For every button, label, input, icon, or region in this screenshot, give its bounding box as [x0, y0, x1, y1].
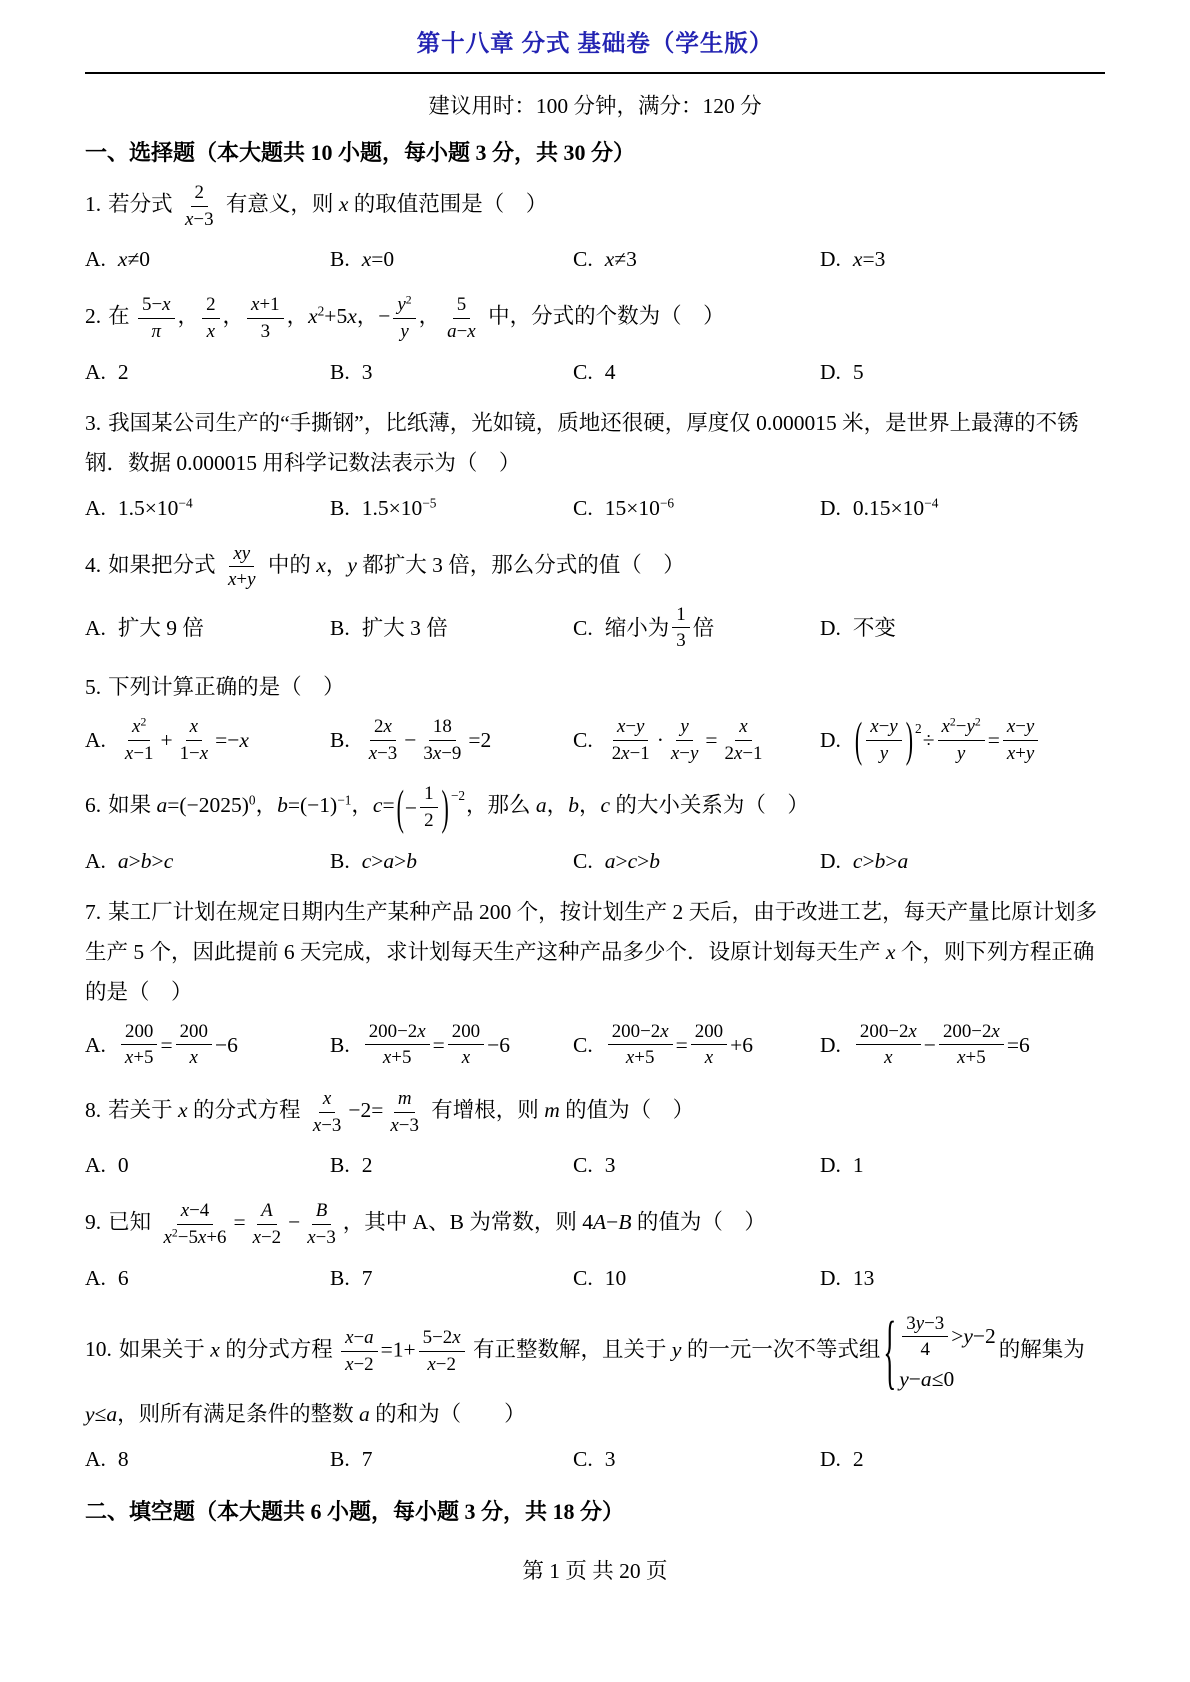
option-label: B.	[330, 1025, 350, 1065]
option-b: B.c>a>b	[330, 841, 573, 881]
question-4: 4.如果把分式 xyx+y 中的 x，y 都扩大 3 倍，那么分式的值（ ）A.…	[85, 539, 1105, 657]
text-run: ，	[326, 553, 348, 577]
question-9: 9.已知 x−4x2−5x+6=Ax−2−Bx−3，其中 A、B 为常数，则 4…	[85, 1196, 1105, 1297]
question-stem: 7.某工厂计划在规定日期内生产某种产品 200 个，按计划生产 2 天后，由于改…	[85, 892, 1105, 1012]
superscript: −4	[178, 495, 192, 510]
fraction-numerator: 1	[672, 603, 689, 629]
option-label: A.	[85, 1025, 106, 1065]
fraction: mx−3	[386, 1087, 423, 1137]
text-run: 的大小关系为（ ）	[610, 793, 809, 817]
text-run: 的分式方程	[220, 1337, 338, 1361]
math-run: 13	[853, 1258, 875, 1298]
math-run: 2	[853, 1439, 864, 1479]
math-run: ÷	[923, 720, 935, 760]
math-run: −	[405, 788, 417, 828]
option-label: D.	[820, 352, 841, 392]
text-run: ，	[178, 304, 200, 328]
fraction-numerator: 200	[691, 1020, 727, 1046]
fraction-denominator: x+5	[379, 1045, 416, 1070]
question-number: 10.	[85, 1337, 112, 1361]
fraction: y2y	[393, 293, 415, 343]
option-b: B.扩大 3 倍	[330, 608, 573, 648]
fraction-denominator: x+y	[224, 567, 259, 592]
question-number: 5.	[85, 675, 101, 699]
question-5: 5.下列计算正确的是（ ）A.x2x−1+x1−x=−xB.2xx−3−183x…	[85, 667, 1105, 768]
option-c: C.a>c>b	[573, 841, 820, 881]
fraction: x2x−1	[721, 715, 767, 765]
fraction-denominator: x−2	[249, 1225, 286, 1250]
fraction: 200−2xx+5	[365, 1020, 430, 1070]
fraction-numerator: x2	[128, 715, 150, 741]
option-a: A.x2x−1+x1−x=−x	[85, 712, 330, 768]
fraction-denominator: y	[396, 319, 412, 344]
option-label: B.	[330, 841, 350, 881]
math-run: 5	[853, 352, 864, 392]
option-c: C.10	[573, 1258, 820, 1298]
math-run: a	[536, 793, 547, 817]
option-c: C.200−2xx+5=200x+6	[573, 1017, 820, 1073]
fraction-numerator: 5−2x	[419, 1326, 465, 1352]
fraction: x−ax−2	[341, 1326, 378, 1376]
fraction: 200x	[448, 1020, 484, 1070]
option-label: B.	[330, 1258, 350, 1298]
text-run: 若分式	[108, 192, 178, 216]
fraction-numerator: 3y−3	[902, 1312, 948, 1338]
superscript: 2	[950, 716, 956, 729]
fraction-denominator: x+5	[121, 1045, 158, 1070]
fraction-numerator: 2	[191, 181, 208, 207]
superscript: 2	[172, 1226, 178, 1239]
math-run: x≠0	[118, 239, 150, 279]
math-run: 3	[605, 1145, 616, 1185]
fraction-denominator: y	[876, 741, 892, 766]
math-run: x	[210, 1337, 220, 1361]
math-run: 0	[118, 1145, 129, 1185]
text-run: ，	[223, 304, 245, 328]
fraction-numerator: x−y	[1003, 715, 1038, 741]
exponent: −2	[451, 776, 465, 816]
text-run: 中，分式的个数为（ ）	[483, 304, 725, 328]
option-label: C.	[573, 720, 593, 760]
text-run: 如果把分式	[108, 553, 221, 577]
options-row: A.x2x−1+x1−x=−xB.2xx−3−183x−9=2C.x−y2x−1…	[85, 712, 1105, 768]
math-run: 6	[118, 1258, 129, 1298]
fraction: 12	[420, 782, 437, 832]
math-run: 4A−B	[582, 1210, 631, 1234]
paren-group: (−12)−2	[396, 779, 465, 835]
question-3: 3.我国某公司生产的“手撕钢”，比纸薄，光如镜，质地还很硬，厚度仅 0.0000…	[85, 403, 1105, 528]
option-b: B.200−2xx+5=200x−6	[330, 1017, 573, 1073]
options-row: A.2B.3C.4D.5	[85, 352, 1105, 392]
exponent: 2	[915, 709, 922, 749]
question-stem: 5.下列计算正确的是（ ）	[85, 667, 1105, 707]
fraction-denominator: x−3	[309, 1113, 346, 1138]
superscript: −5	[422, 495, 436, 510]
option-d: D.c>b>a	[820, 841, 1105, 881]
math-run: =	[705, 720, 717, 760]
question-stem: 9.已知 x−4x2−5x+6=Ax−2−Bx−3，其中 A、B 为常数，则 4…	[85, 1196, 1105, 1252]
question-1: 1.若分式 2x−3 有意义，则 x 的取值范围是（ ）A.x≠0B.x=0C.…	[85, 178, 1105, 279]
math-run: x	[886, 940, 896, 964]
fraction: 200x	[691, 1020, 727, 1070]
option-c: C.3	[573, 1439, 820, 1479]
fraction-numerator: A	[257, 1199, 277, 1225]
fraction-numerator: 200−2x	[856, 1020, 921, 1046]
left-paren: (	[854, 696, 863, 784]
math-run: −6	[215, 1025, 238, 1065]
fraction-denominator: x	[880, 1045, 896, 1070]
question-number: 9.	[85, 1210, 101, 1234]
fraction-denominator: 2	[420, 808, 437, 833]
math-run: x2+5x	[308, 304, 357, 328]
fraction-numerator: 5−x	[138, 293, 175, 319]
option-label: C.	[573, 1145, 593, 1185]
option-b: B.1.5×10−5	[330, 488, 573, 528]
option-d: D.不变	[820, 608, 1105, 648]
math-run: 2	[118, 352, 129, 392]
text-run: 扩大 3 倍	[362, 608, 448, 648]
math-run: =−x	[215, 720, 249, 760]
fraction-numerator: 5	[453, 293, 470, 319]
system-row: y−a≤0	[899, 1365, 954, 1394]
fraction-numerator: x−y	[866, 715, 901, 741]
fraction-denominator: x−3	[386, 1113, 423, 1138]
paren-group: (x−yy)2	[854, 712, 922, 768]
fraction: x−y2x−1	[608, 715, 654, 765]
text-run: 在	[108, 304, 135, 328]
math-run: y	[347, 553, 357, 577]
option-d: D.x=3	[820, 239, 1105, 279]
text-run: ，	[351, 793, 373, 817]
fraction-numerator: x	[186, 715, 202, 741]
text-run: 的值为（ ）	[631, 1210, 765, 1234]
option-label: B.	[330, 239, 350, 279]
text-run: 都扩大 3 倍，那么分式的值（ ）	[357, 553, 685, 577]
superscript: −6	[660, 495, 674, 510]
section-heading-fill: 二、填空题（本大题共 6 小题，每小题 3 分，共 18 分）	[85, 1495, 1105, 1526]
math-run: c>b>a	[853, 841, 908, 881]
fraction-numerator: y	[676, 715, 692, 741]
math-run: c	[600, 793, 610, 817]
superscript: 0	[249, 793, 256, 808]
system-brace: {	[883, 1289, 899, 1413]
text-run: ，	[547, 793, 569, 817]
option-d: D.200−2xx−200−2xx+5=6	[820, 1017, 1105, 1073]
math-run: c=	[373, 793, 395, 817]
superscript: −1	[337, 793, 351, 808]
math-run: x=0	[362, 239, 394, 279]
math-run: 7	[362, 1258, 373, 1298]
fraction-denominator: 3	[672, 628, 689, 653]
math-run: x≠3	[605, 239, 637, 279]
fraction-denominator: 1−x	[176, 741, 213, 766]
math-run: 15×10−6	[605, 488, 674, 528]
question-7: 7.某工厂计划在规定日期内生产某种产品 200 个，按计划生产 2 天后，由于改…	[85, 892, 1105, 1073]
question-stem: 6.如果 a=(−2025)0，b=(−1)−1，c=(−12)−2，那么 a，…	[85, 779, 1105, 835]
question-10: 10.如果关于 x 的分式方程 x−ax−2=1+5−2xx−2 有正整数解，且…	[85, 1309, 1105, 1479]
text-run: 如果关于	[119, 1337, 210, 1361]
options-row: A.200x+5=200x−6B.200−2xx+5=200x−6C.200−2…	[85, 1017, 1105, 1073]
fraction-numerator: x2−y2	[938, 715, 985, 741]
option-a: A.2	[85, 352, 330, 392]
option-label: D.	[820, 608, 841, 648]
fraction: 3y−34	[902, 1312, 948, 1362]
option-label: A.	[85, 352, 106, 392]
option-c: C.3	[573, 1145, 820, 1185]
fraction: 5a−x	[443, 293, 480, 343]
math-run: 1.5×10−5	[362, 488, 437, 528]
question-number: 6.	[85, 793, 101, 817]
fraction: 200x	[176, 1020, 212, 1070]
fraction-denominator: x+5	[953, 1045, 990, 1070]
fraction: x−yy	[866, 715, 901, 765]
option-label: B.	[330, 720, 350, 760]
question-number: 2.	[85, 304, 101, 328]
math-run: 1.5×10−4	[118, 488, 193, 528]
option-c: C.15×10−6	[573, 488, 820, 528]
option-b: B.x=0	[330, 239, 573, 279]
fraction-numerator: 200	[176, 1020, 212, 1046]
math-run: c>a>b	[362, 841, 417, 881]
option-label: B.	[330, 1439, 350, 1479]
fraction-denominator: 2x−1	[721, 741, 767, 766]
fraction: x−4x2−5x+6	[160, 1199, 231, 1249]
fraction-numerator: y2	[393, 293, 415, 319]
option-d: D.(x−yy)2÷x2−y2y=x−yx+y	[820, 712, 1105, 768]
option-b: B.7	[330, 1439, 573, 1479]
text-run: ，	[579, 793, 601, 817]
option-label: C.	[573, 488, 593, 528]
fraction-denominator: a−x	[443, 319, 480, 344]
option-a: A.1.5×10−4	[85, 488, 330, 528]
fraction-numerator: x−a	[341, 1326, 378, 1352]
math-run: 3	[605, 1439, 616, 1479]
math-run: =	[988, 720, 1000, 760]
text-run: 的分式方程	[188, 1098, 306, 1122]
fraction-denominator: x−2	[341, 1352, 378, 1377]
fraction-numerator: 200−2x	[939, 1020, 1004, 1046]
text-run: 如果	[108, 793, 156, 817]
fraction-numerator: 2	[202, 293, 219, 319]
fraction: x−yx+y	[1003, 715, 1038, 765]
divider-line	[85, 72, 1105, 74]
math-run: =1+	[381, 1337, 416, 1361]
math-run: 7	[362, 1439, 373, 1479]
option-a: A.0	[85, 1145, 330, 1185]
superscript: 2	[140, 716, 146, 729]
math-run: b	[568, 793, 579, 817]
math-run: x=3	[853, 239, 885, 279]
math-run: x	[178, 1098, 188, 1122]
math-run: 1	[853, 1145, 864, 1185]
fraction: Bx−3	[303, 1199, 340, 1249]
exam-page: 第十八章 分式 基础卷（学生版） 建议用时：100 分钟，满分：120 分 一、…	[0, 0, 1190, 1585]
fraction-numerator: B	[312, 1199, 332, 1225]
fraction-denominator: x−y	[667, 741, 702, 766]
option-label: A.	[85, 720, 106, 760]
math-run: y≤a	[85, 1402, 117, 1426]
fraction-denominator: x+5	[622, 1045, 659, 1070]
option-d: D.13	[820, 1258, 1105, 1298]
fraction-denominator: 4	[917, 1337, 934, 1362]
math-run: x	[339, 192, 349, 216]
option-a: A.8	[85, 1439, 330, 1479]
math-run: a>b>c	[118, 841, 173, 881]
option-label: D.	[820, 1145, 841, 1185]
text-run: 中的	[263, 553, 317, 577]
text-run: 不变	[853, 608, 896, 648]
text-run: 的取值范围是（ ）	[348, 192, 547, 216]
options-row: A.扩大 9 倍B.扩大 3 倍C.缩小为13倍D.不变	[85, 600, 1105, 656]
math-run: 10	[605, 1258, 627, 1298]
fraction: 5−xπ	[138, 293, 175, 343]
math-run: 4	[605, 352, 616, 392]
fraction: 200−2xx+5	[939, 1020, 1004, 1070]
text-run: ，那么	[466, 793, 536, 817]
option-label: D.	[820, 841, 841, 881]
question-number: 4.	[85, 553, 101, 577]
fraction: xx−3	[309, 1087, 346, 1137]
suggested-time-line: 建议用时：100 分钟，满分：120 分	[85, 89, 1105, 120]
text-run: 有意义，则	[221, 192, 339, 216]
option-a: A.扩大 9 倍	[85, 608, 330, 648]
fraction-denominator: x	[186, 1045, 202, 1070]
option-c: C.缩小为13倍	[573, 600, 820, 656]
option-label: C.	[573, 1258, 593, 1298]
math-run: a=(−2025)0	[157, 793, 256, 817]
fraction-numerator: x−4	[177, 1199, 214, 1225]
option-label: B.	[330, 352, 350, 392]
math-run: a	[359, 1402, 370, 1426]
text-run: 的一元一次不等式组	[681, 1337, 880, 1361]
math-run: −	[288, 1210, 300, 1234]
option-label: C.	[573, 1025, 593, 1065]
fraction-denominator: x−3	[303, 1225, 340, 1250]
inequality-system: {3y−34>y−2y−a≤0	[883, 1309, 995, 1394]
text-run: 扩大 9 倍	[118, 608, 204, 648]
math-run: 3	[362, 352, 373, 392]
option-label: A.	[85, 841, 106, 881]
page-footer: 第 1 页 共 20 页	[85, 1554, 1105, 1585]
fraction-denominator: x	[203, 319, 219, 344]
fraction: x+13	[247, 293, 284, 343]
fraction-denominator: x	[701, 1045, 717, 1070]
text-run: 倍	[693, 608, 715, 648]
fraction-numerator: 200	[121, 1020, 157, 1046]
math-run: =	[676, 1025, 688, 1065]
text-run: 我国某公司生产的“手撕钢”，比纸薄，光如镜，质地还很硬，厚度仅 0.000015…	[85, 411, 1079, 475]
paren-content: −12	[405, 779, 441, 835]
options-row: A.8B.7C.3D.2	[85, 1439, 1105, 1479]
option-label: D.	[820, 720, 841, 760]
text-run: 的解集为	[999, 1337, 1085, 1361]
option-label: C.	[573, 1439, 593, 1479]
text-run: ，其中 A、B 为常数，则	[343, 1210, 583, 1234]
right-paren: )	[905, 696, 914, 784]
math-run: =2	[468, 720, 491, 760]
right-paren: )	[441, 764, 450, 852]
math-run: =6	[1007, 1025, 1030, 1065]
option-b: B.2	[330, 1145, 573, 1185]
math-run: y−a≤0	[899, 1365, 954, 1394]
text-run: 有正整数解，且关于	[468, 1337, 672, 1361]
fraction-denominator: x−3	[365, 741, 402, 766]
question-stem: 1.若分式 2x−3 有意义，则 x 的取值范围是（ ）	[85, 178, 1105, 234]
text-run: ，则所有满足条件的整数	[117, 1402, 359, 1426]
option-label: A.	[85, 1439, 106, 1479]
fraction: 13	[672, 603, 689, 653]
text-run: 缩小为	[605, 608, 670, 648]
math-run: =	[233, 1210, 245, 1234]
options-row: A.x≠0B.x=0C.x≠3D.x=3	[85, 239, 1105, 279]
option-a: A.6	[85, 1258, 330, 1298]
fraction: yx−y	[667, 715, 702, 765]
option-label: B.	[330, 488, 350, 528]
superscript: 2	[318, 304, 325, 319]
left-paren: (	[396, 764, 405, 852]
options-row: A.0B.2C.3D.1	[85, 1145, 1105, 1185]
math-run: −	[378, 304, 390, 328]
fraction-numerator: x	[319, 1087, 335, 1113]
text-run: 的值为（ ）	[560, 1098, 694, 1122]
text-run: 若关于	[108, 1098, 178, 1122]
math-run: b=(−1)−1	[277, 793, 351, 817]
fraction-numerator: 2x	[370, 715, 396, 741]
math-run: ·	[657, 720, 664, 760]
math-run: m	[544, 1098, 560, 1122]
text-run: ，	[256, 793, 278, 817]
option-label: A.	[85, 488, 106, 528]
math-run: =	[160, 1025, 172, 1065]
fraction-numerator: 200−2x	[608, 1020, 673, 1046]
document-title: 第十八章 分式 基础卷（学生版）	[85, 24, 1105, 58]
fraction-numerator: x−y	[613, 715, 648, 741]
fraction: x2x−1	[121, 715, 158, 765]
fraction-denominator: 3x−9	[419, 741, 465, 766]
question-number: 7.	[85, 900, 101, 924]
fraction: 200x+5	[121, 1020, 158, 1070]
option-c: C.4	[573, 352, 820, 392]
option-label: A.	[85, 239, 106, 279]
option-label: A.	[85, 608, 106, 648]
fraction: Ax−2	[249, 1199, 286, 1249]
math-run: 8	[118, 1439, 129, 1479]
fraction-numerator: x	[735, 715, 751, 741]
text-run: 已知	[108, 1210, 156, 1234]
math-run: −6	[487, 1025, 510, 1065]
fraction-denominator: x+y	[1003, 741, 1038, 766]
option-d: D.2	[820, 1439, 1105, 1479]
superscript: −4	[924, 495, 938, 510]
superscript: 2	[406, 294, 412, 307]
question-number: 1.	[85, 192, 101, 216]
math-run: −2=	[348, 1098, 383, 1122]
question-6: 6.如果 a=(−2025)0，b=(−1)−1，c=(−12)−2，那么 a，…	[85, 779, 1105, 880]
superscript: 2	[975, 716, 981, 729]
option-label: B.	[330, 608, 350, 648]
fraction: 2x−3	[181, 181, 218, 231]
fraction-denominator: 3	[257, 319, 274, 344]
math-run: =	[433, 1025, 445, 1065]
math-run: x	[316, 553, 326, 577]
paren-content: x−yy	[863, 712, 904, 768]
math-run: 0.15×10−4	[853, 488, 938, 528]
fraction-denominator: π	[148, 319, 165, 344]
fraction-numerator: 18	[429, 715, 456, 741]
math-run: y	[672, 1337, 682, 1361]
option-label: D.	[820, 1258, 841, 1298]
fraction-denominator: x−2	[423, 1352, 460, 1377]
